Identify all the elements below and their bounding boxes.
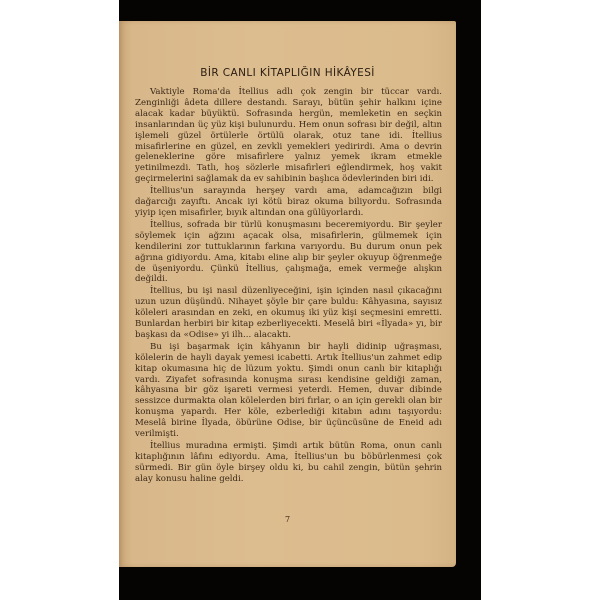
paragraph-1: Vaktiyle Roma'da İtellius adlı çok zengi… [135,87,442,185]
paragraph-5: Bu işi başarmak için kâhyanın bir hayli … [135,342,442,440]
book-page: BİR CANLI KİTAPLIĞIN HİKÂYESİ Vaktiyle R… [119,21,456,567]
paragraph-6: İtellius muradına ermişti. Şimdi artık b… [135,441,442,485]
page-body: Vaktiyle Roma'da İtellius adlı çok zengi… [135,87,442,486]
paragraph-2: İtellius'un sarayında herşey vardı ama, … [135,186,442,219]
paragraph-4: İtellius, bu işi nasıl düzenliyeceğini, … [135,286,442,341]
paragraph-3: İtellius, sofrada bir türlü konuşmasını … [135,220,442,285]
page-number: 7 [119,515,456,524]
page-title: BİR CANLI KİTAPLIĞIN HİKÂYESİ [119,67,456,79]
